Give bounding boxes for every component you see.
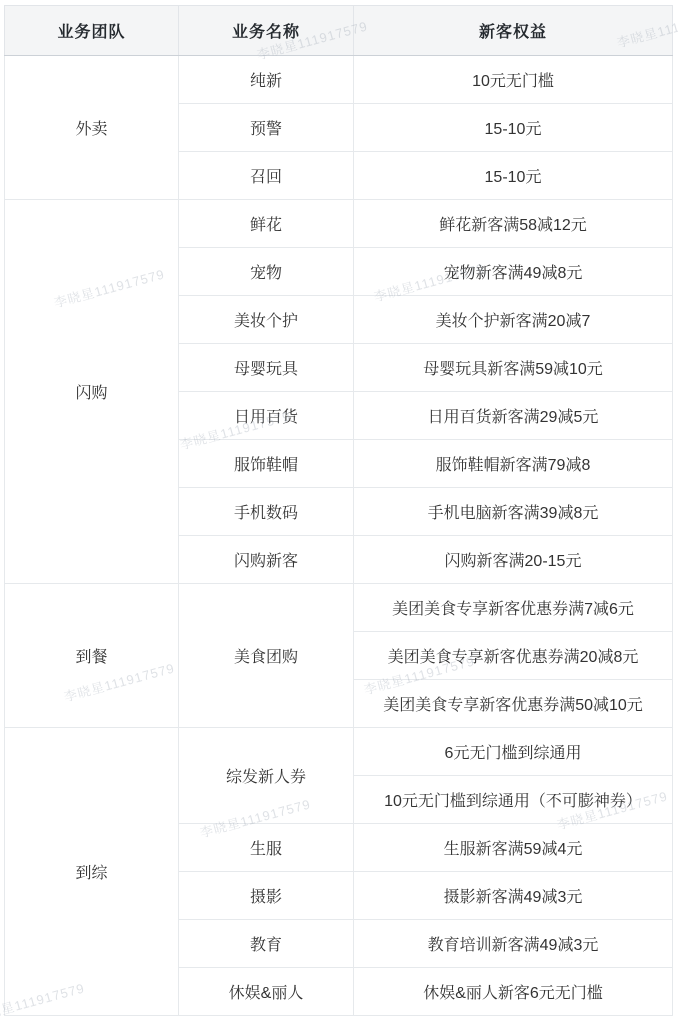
business-name-cell: 手机数码 [179, 488, 354, 536]
team-cell: 外卖 [5, 56, 179, 200]
table-row: 闪购鲜花鲜花新客满58减12元 [5, 200, 673, 248]
team-cell: 闪购 [5, 200, 179, 584]
benefit-cell: 美团美食专享新客优惠券满20减8元 [354, 632, 673, 680]
benefit-cell: 6元无门槛到综通用 [354, 728, 673, 776]
benefit-cell: 教育培训新客满49减3元 [354, 920, 673, 968]
team-cell: 到综 [5, 728, 179, 1016]
business-name-cell: 生服 [179, 824, 354, 872]
benefits-table-body: 外卖纯新10元无门槛预警15-10元召回15-10元闪购鲜花鲜花新客满58减12… [5, 56, 673, 1016]
business-name-cell: 综发新人券 [179, 728, 354, 824]
business-name-cell: 纯新 [179, 56, 354, 104]
business-name-cell: 鲜花 [179, 200, 354, 248]
business-name-cell: 预警 [179, 104, 354, 152]
benefit-cell: 15-10元 [354, 152, 673, 200]
header-business-team: 业务团队 [5, 6, 179, 56]
benefit-cell: 日用百货新客满29减5元 [354, 392, 673, 440]
benefits-table-page: 业务团队 业务名称 新客权益 外卖纯新10元无门槛预警15-10元召回15-10… [0, 0, 678, 1023]
business-name-cell: 召回 [179, 152, 354, 200]
benefit-cell: 手机电脑新客满39减8元 [354, 488, 673, 536]
business-name-cell: 闪购新客 [179, 536, 354, 584]
table-row: 到餐美食团购美团美食专享新客优惠券满7减6元 [5, 584, 673, 632]
benefit-cell: 鲜花新客满58减12元 [354, 200, 673, 248]
benefit-cell: 休娱&丽人新客6元无门槛 [354, 968, 673, 1016]
team-cell: 到餐 [5, 584, 179, 728]
business-name-cell: 宠物 [179, 248, 354, 296]
benefit-cell: 15-10元 [354, 104, 673, 152]
business-name-cell: 服饰鞋帽 [179, 440, 354, 488]
table-row: 外卖纯新10元无门槛 [5, 56, 673, 104]
business-name-cell: 美食团购 [179, 584, 354, 728]
benefit-cell: 母婴玩具新客满59减10元 [354, 344, 673, 392]
benefit-cell: 生服新客满59减4元 [354, 824, 673, 872]
business-name-cell: 休娱&丽人 [179, 968, 354, 1016]
benefit-cell: 摄影新客满49减3元 [354, 872, 673, 920]
business-name-cell: 美妆个护 [179, 296, 354, 344]
benefit-cell: 宠物新客满49减8元 [354, 248, 673, 296]
business-name-cell: 日用百货 [179, 392, 354, 440]
business-name-cell: 教育 [179, 920, 354, 968]
benefits-table: 业务团队 业务名称 新客权益 外卖纯新10元无门槛预警15-10元召回15-10… [4, 5, 673, 1016]
benefit-cell: 美团美食专享新客优惠券满7减6元 [354, 584, 673, 632]
benefit-cell: 美团美食专享新客优惠券满50减10元 [354, 680, 673, 728]
table-header-row: 业务团队 业务名称 新客权益 [5, 6, 673, 56]
header-business-name: 业务名称 [179, 6, 354, 56]
business-name-cell: 摄影 [179, 872, 354, 920]
header-new-customer-benefit: 新客权益 [354, 6, 673, 56]
business-name-cell: 母婴玩具 [179, 344, 354, 392]
benefit-cell: 服饰鞋帽新客满79减8 [354, 440, 673, 488]
benefit-cell: 10元无门槛到综通用（不可膨神券） [354, 776, 673, 824]
benefit-cell: 10元无门槛 [354, 56, 673, 104]
benefit-cell: 美妆个护新客满20减7 [354, 296, 673, 344]
table-row: 到综综发新人券6元无门槛到综通用 [5, 728, 673, 776]
benefit-cell: 闪购新客满20-15元 [354, 536, 673, 584]
